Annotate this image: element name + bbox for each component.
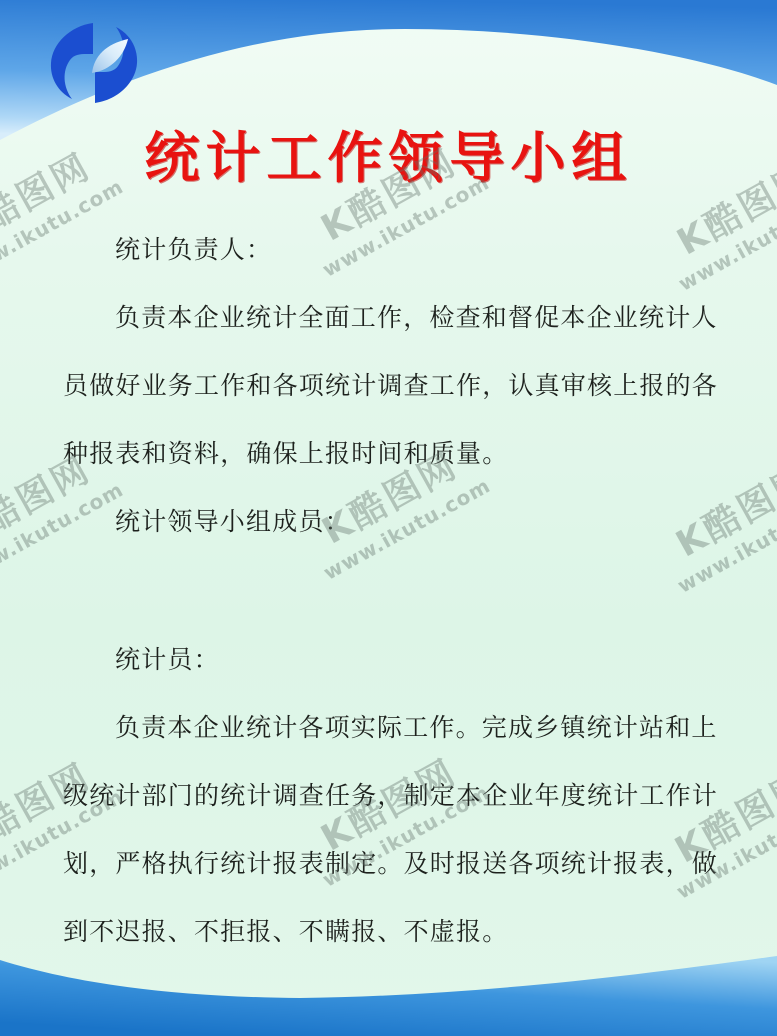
poster-page: 统计工作领导小组 统计负责人： 负责本企业统计全面工作，检查和督促本企业统计人 … <box>0 0 777 1036</box>
page-title: 统计工作领导小组 <box>0 114 777 193</box>
bottom-curve-decoration <box>0 946 777 1036</box>
body-line: 统计领导小组成员： <box>63 488 723 556</box>
body-line: 统计负责人： <box>63 216 723 284</box>
blank-line <box>63 556 723 626</box>
body-line: 员做好业务工作和各项统计调查工作，认真审核上报的各 <box>63 352 723 420</box>
body-line: 统计员： <box>63 626 723 694</box>
body-line: 级统计部门的统计调查任务，制定本企业年度统计工作计 <box>63 762 723 830</box>
body-line: 负责本企业统计各项实际工作。完成乡镇统计站和上 <box>63 694 723 762</box>
logo-left-swirl <box>51 23 93 99</box>
statistics-logo <box>44 18 144 110</box>
body-text: 统计负责人： 负责本企业统计全面工作，检查和督促本企业统计人 员做好业务工作和各… <box>63 216 723 966</box>
body-line: 负责本企业统计全面工作，检查和督促本企业统计人 <box>63 284 723 352</box>
body-line: 划，严格执行统计报表制定。及时报送各项统计报表，做 <box>63 830 723 898</box>
body-line: 种报表和资料，确保上报时间和质量。 <box>63 420 723 488</box>
